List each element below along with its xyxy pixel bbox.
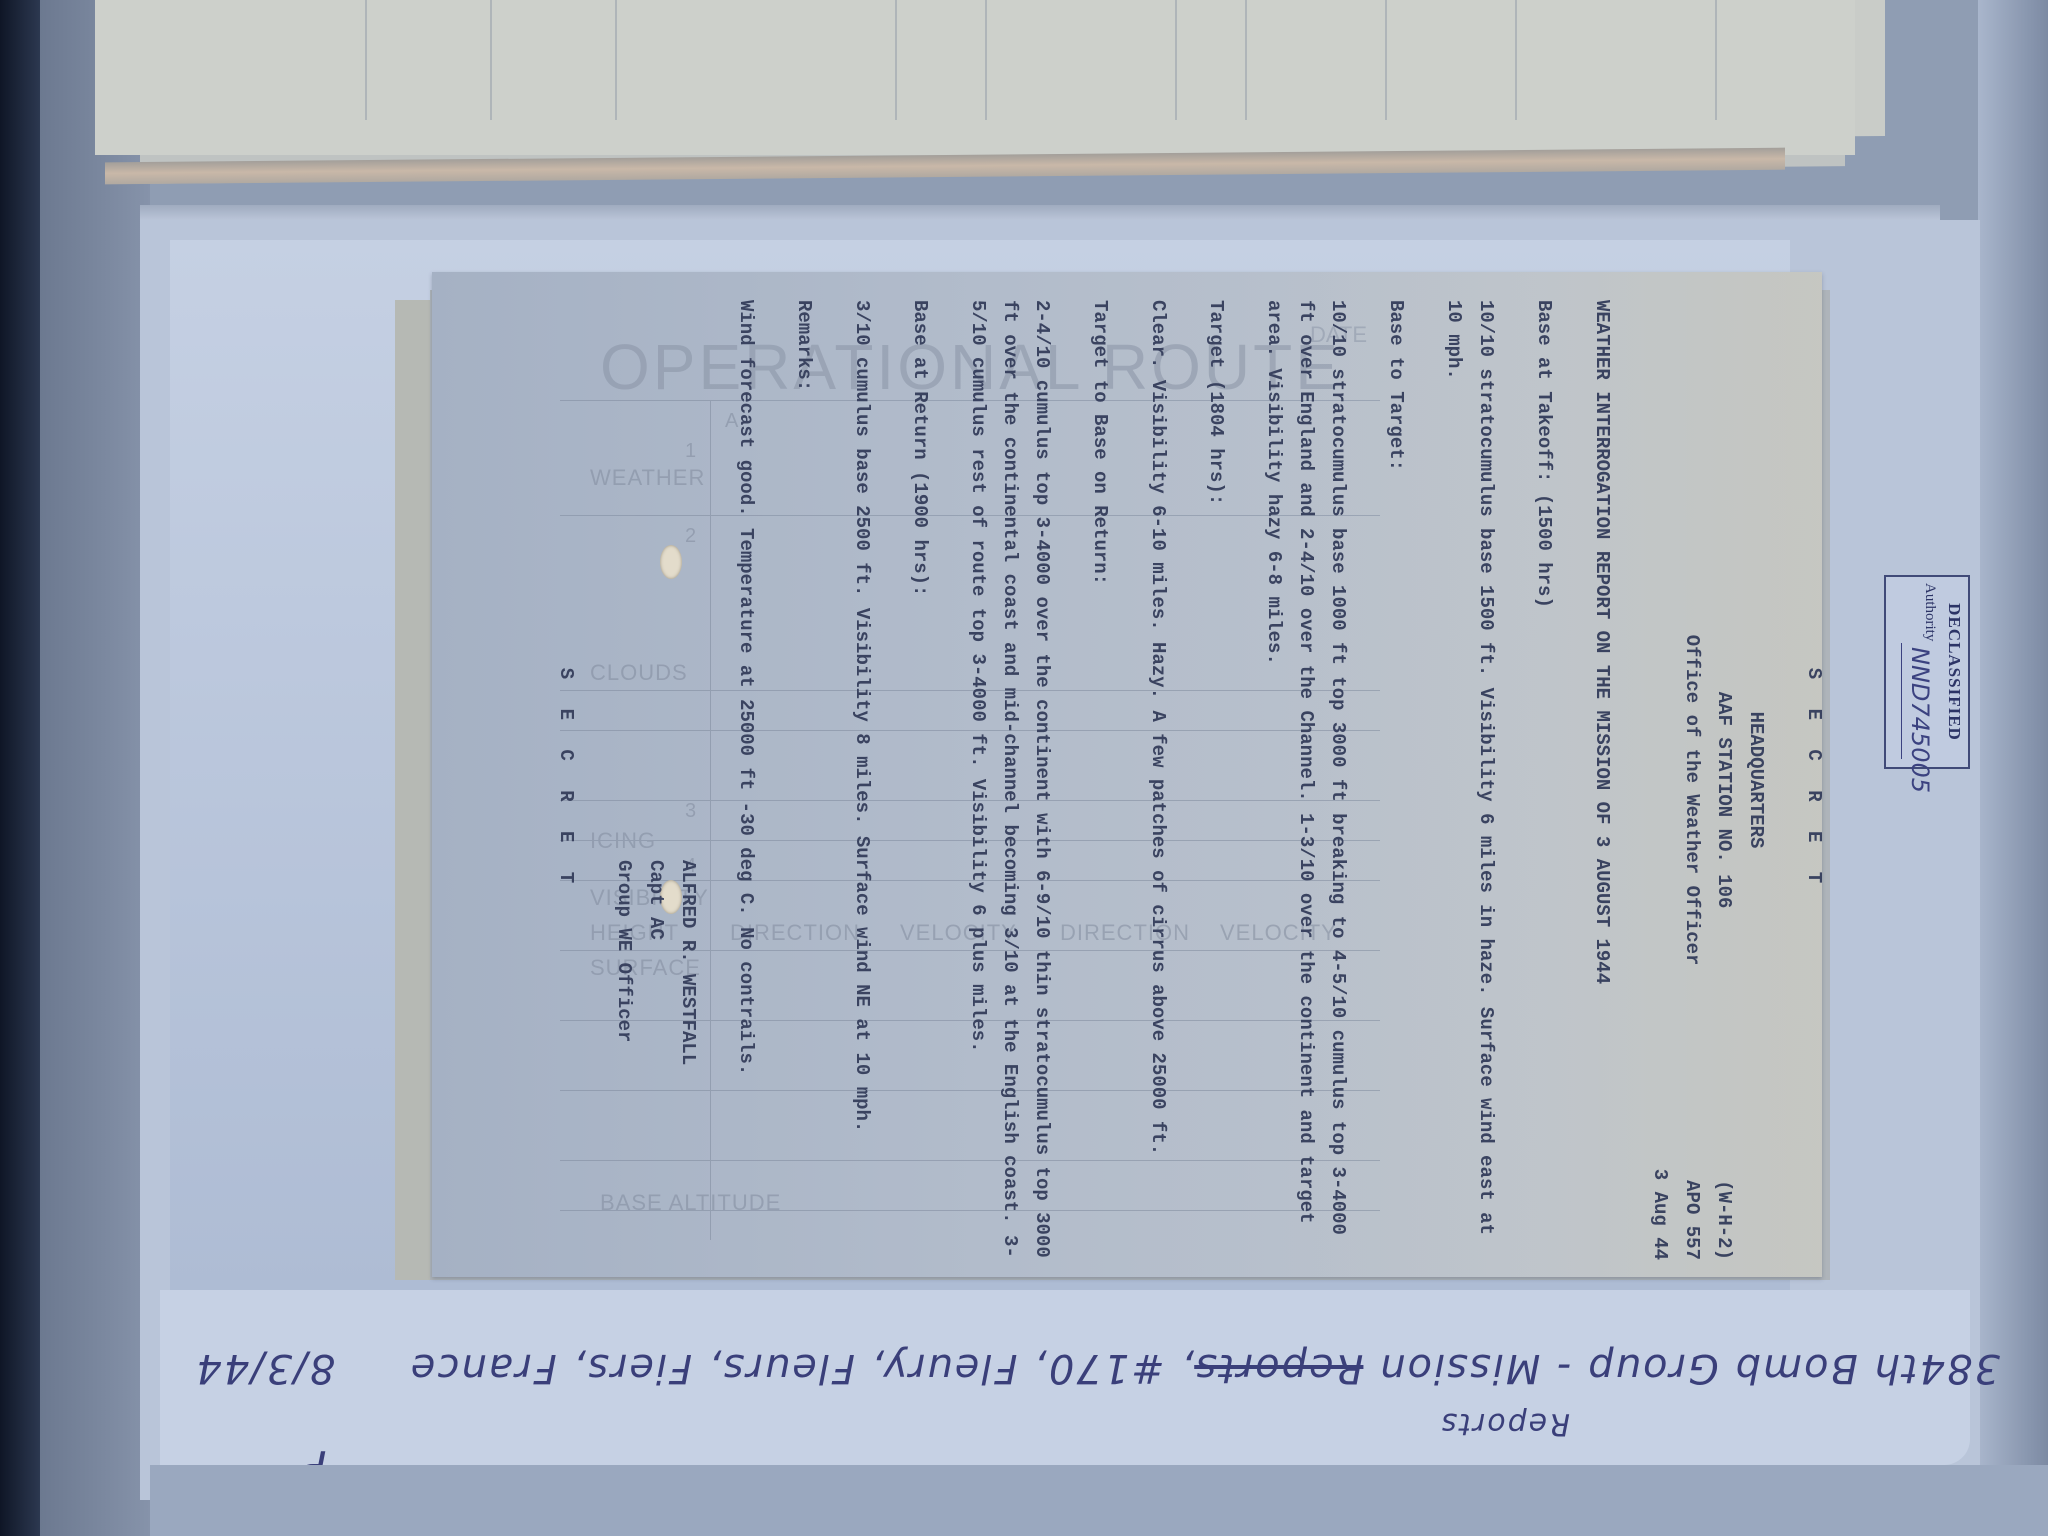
header-line-1: HEADQUARTERS (1740, 300, 1772, 1260)
handwriting-text-before: 384th Bomb Group - Mission (1378, 1345, 2000, 1391)
handwriting-text-after: , #170, Fleury, Fleurs, Fiers, France (409, 1345, 1194, 1391)
signature-name: ALFRED R. WESTFALL (672, 300, 704, 1260)
stamp-title: DECLASSIFIED (1944, 583, 1964, 761)
header-apo: APO 557 (1676, 1180, 1708, 1260)
declassified-stamp: DECLASSIFIED Authority NND745005 (1884, 575, 1970, 769)
handwriting-date: 8/3/44 (194, 1345, 335, 1391)
stamp-authority-value: NND745005 (1906, 647, 1934, 793)
table-surface-right (1978, 0, 2048, 1536)
signature-rank: Capt AC (640, 300, 672, 1260)
table-surface (40, 0, 150, 1536)
section-body: Clear. Visibility 6-10 miles. Hazy. A fe… (1142, 300, 1174, 1260)
section-body: 2-4/10 cumulus top 3-4000 over the conti… (962, 300, 1058, 1260)
section-body: Wind forecast good. Temperature at 25000… (730, 300, 762, 1260)
section-body: 10/10 stratocumulus base 1500 ft. Visibi… (1438, 300, 1502, 1260)
classification-bottom: S E C R E T (550, 300, 582, 1260)
section-body: 10/10 stratocumulus base 1000 ft top 300… (1258, 300, 1354, 1260)
header-line-2: AAF STATION NO. 106 (1708, 692, 1740, 909)
section-heading: Base to Target: (1380, 300, 1412, 1260)
table-surface-bottom (150, 1465, 2048, 1536)
header-ref-code: (W-H-2) (1708, 1180, 1740, 1260)
header-date: 3 Aug 44 (1644, 300, 1676, 1260)
paper-stack (95, 0, 1885, 190)
section-heading: Base at Return (1900 hrs): (904, 300, 936, 1260)
report-title: WEATHER INTERROGATION REPORT ON THE MISS… (1586, 300, 1618, 1260)
section-heading: Target to Base on Return: (1084, 300, 1116, 1260)
stamp-authority-label: Authority (1921, 583, 1938, 641)
section-heading: Remarks: (788, 300, 820, 1260)
section-body: 3/10 cumulus base 2500 ft. Visibility 8 … (846, 300, 878, 1260)
dark-table-edge (0, 0, 40, 1536)
weather-report-text: S E C R E T HEADQUARTERS AAF STATION NO.… (550, 300, 1830, 1260)
section-heading: Target (1804 hrs): (1200, 300, 1232, 1260)
header-line-3: Office of the Weather Officer (1676, 635, 1708, 966)
handwritten-folder-label: 384th Bomb Group - Mission Reports, #170… (520, 1345, 2000, 1391)
classification-top: S E C R E T (1798, 300, 1830, 1260)
signature-title: Group WE Officer (608, 300, 640, 1260)
section-heading: Base at Takeoff: (1500 hrs) (1528, 300, 1560, 1260)
handwriting-inserted-word: Reports (1440, 1406, 1570, 1441)
handwriting-struck-word: Reports (1194, 1345, 1363, 1391)
